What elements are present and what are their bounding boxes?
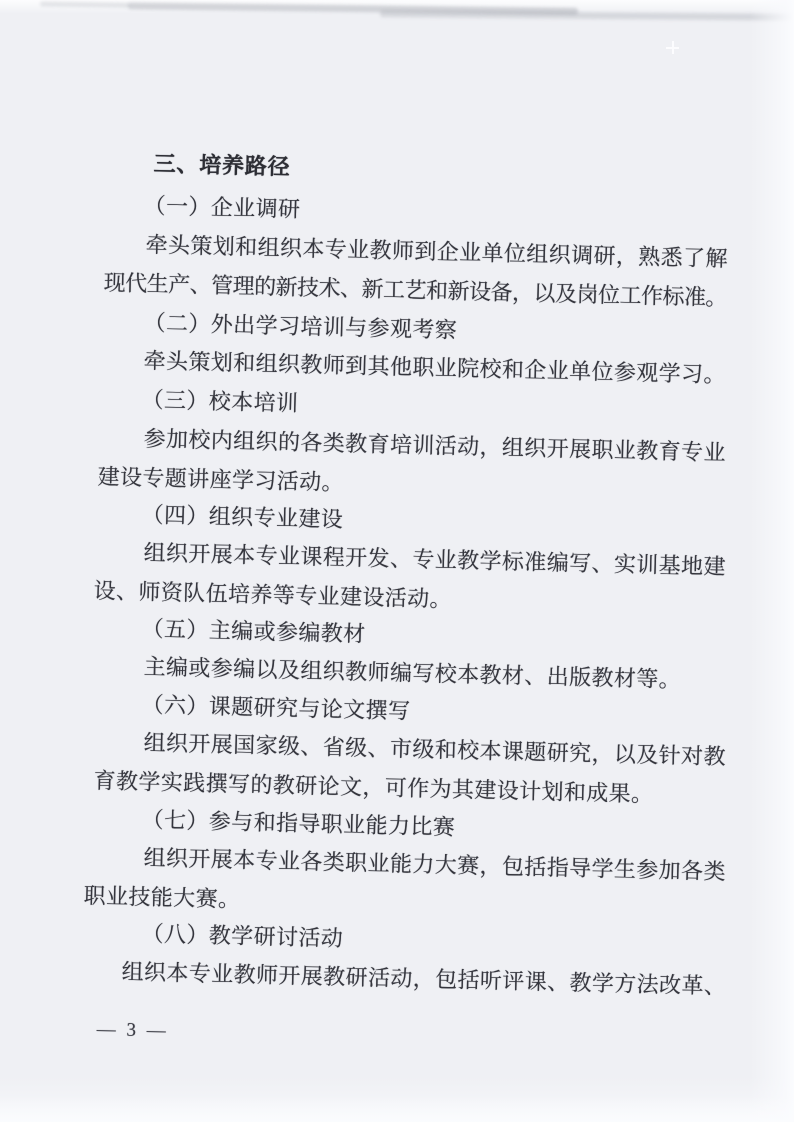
body-line: 育教学实践撰写的教研论文，可作为其建设计划和成果。 bbox=[93, 767, 654, 808]
cross-horizontal-stroke bbox=[666, 47, 679, 49]
subsection-title-4: （四）组织专业建设 bbox=[141, 501, 343, 533]
subsection-title-8: （八）教学研讨活动 bbox=[141, 920, 343, 952]
section-heading: 三、培养路径 bbox=[153, 150, 290, 181]
subsection-title-1: （一）企业调研 bbox=[143, 192, 300, 223]
body-line: 牵头策划和组织本专业教师到企业单位组织调研，熟悉了解 bbox=[145, 231, 728, 273]
scan-streak-artifact bbox=[40, 1, 130, 7]
scan-streak-artifact bbox=[128, 2, 578, 14]
subsection-title-7: （七）参与和指导职业能力比赛 bbox=[141, 806, 455, 841]
registration-cross-mark bbox=[666, 41, 679, 54]
cross-vertical-stroke bbox=[672, 41, 674, 54]
body-line: 组织开展本专业各类职业能力大赛，包括指导学生参加各类 bbox=[143, 844, 726, 886]
body-line: 现代生产、管理的新技术、新工艺和新设备，以及岗位工作标准。 bbox=[103, 269, 727, 312]
body-line: 职业技能大赛。 bbox=[83, 882, 240, 913]
subsection-title-5: （五）主编或参编教材 bbox=[141, 615, 366, 648]
body-line: 组织开展国家级、省级、市级和校本课题研究，以及针对教 bbox=[143, 729, 726, 771]
page-number: — 3 — bbox=[97, 1018, 169, 1043]
body-line: 建设专题讲座学习活动。 bbox=[97, 463, 344, 497]
body-line: 设、师资队伍培养等专业建设活动。 bbox=[93, 577, 452, 613]
body-line: 主编或参编以及组织教师编写校本教材、出版教材等。 bbox=[143, 653, 681, 694]
scan-edge-highlight bbox=[750, 0, 794, 1122]
scan-streak-artifact bbox=[380, 10, 794, 21]
body-line: 组织本专业教师开展教研活动，包括听评课、教学方法改革、 bbox=[121, 958, 726, 1000]
subsection-title-6: （六）课题研究与论文撰写 bbox=[141, 691, 410, 725]
body-line: 组织开展本专业课程开发、专业教学标准编写、实训基地建 bbox=[143, 539, 726, 581]
subsection-title-2: （二）外出学习培训与参观考察 bbox=[143, 309, 457, 344]
scanned-document-page: 三、培养路径 （一）企业调研 牵头策划和组织本专业教师到企业单位组织调研，熟悉了… bbox=[0, 0, 794, 1122]
scan-edge-highlight bbox=[0, 1096, 794, 1122]
body-line: 参加校内组织的各类教育培训活动，组织开展职业教育专业 bbox=[143, 425, 726, 467]
body-line: 牵头策划和组织教师到其他职业院校和企业单位参观学习。 bbox=[143, 347, 726, 389]
subsection-title-3: （三）校本培训 bbox=[141, 386, 298, 417]
